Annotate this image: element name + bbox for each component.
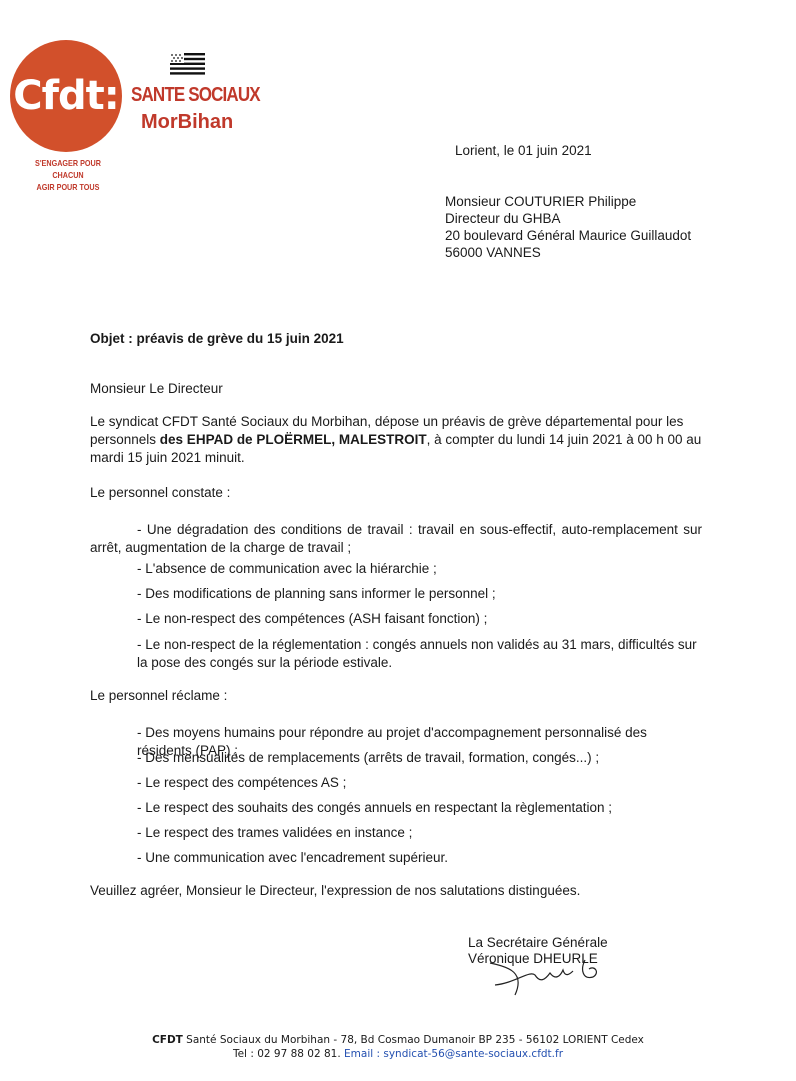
constate-item: - Des modifications de planning sans inf… — [137, 585, 703, 603]
dateline: Lorient, le 01 juin 2021 — [455, 143, 592, 158]
footer-org: CFDT — [152, 1034, 183, 1046]
intro-bold: des EHPAD de PLOËRMEL, MALESTROIT — [160, 432, 427, 447]
subject-line: Objet : préavis de grève du 15 juin 2021 — [90, 331, 344, 346]
constate-item: - L'absence de communication avec la hié… — [137, 560, 703, 578]
reclame-item: - Une communication avec l'encadrement s… — [137, 849, 703, 867]
org-name-line2: MorBihan — [141, 111, 233, 134]
signature-title: La Secrétaire Générale — [468, 935, 608, 951]
reclame-label: Le personnel réclame : — [90, 688, 227, 703]
logo-text: Cfdt: — [13, 73, 119, 119]
constate-item: - Le non-respect de la réglementation : … — [137, 636, 703, 672]
slogan: S'ENGAGER POUR CHACUN AGIR POUR TOUS — [27, 157, 109, 193]
footer-address: CFDT Santé Sociaux du Morbihan - 78, Bd … — [0, 1034, 796, 1046]
recipient-name: Monsieur COUTURIER Philippe — [445, 193, 691, 210]
slogan-line1: S'ENGAGER POUR CHACUN — [27, 157, 109, 181]
brittany-flag-icon — [170, 53, 205, 75]
recipient-title: Directeur du GHBA — [445, 210, 691, 227]
footer-tel: Tel : 02 97 88 02 81. — [233, 1048, 344, 1060]
constate-item: - Une dégradation des conditions de trav… — [90, 521, 702, 557]
recipient-city: 56000 VANNES — [445, 244, 691, 261]
handwritten-signature-icon — [485, 955, 615, 1000]
footer-email[interactable]: Email : syndicat-56@sante-sociaux.cfdt.f… — [344, 1048, 563, 1060]
closing-formula: Veuillez agréer, Monsieur le Directeur, … — [90, 883, 580, 898]
reclame-item: - Le respect des souhaits des congés ann… — [137, 799, 703, 817]
reclame-item: - Le respect des compétences AS ; — [137, 774, 703, 792]
cfdt-logo: Cfdt: — [10, 40, 122, 152]
recipient-address: Monsieur COUTURIER Philippe Directeur du… — [445, 193, 691, 261]
salutation: Monsieur Le Directeur — [90, 381, 223, 396]
intro-paragraph: Le syndicat CFDT Santé Sociaux du Morbih… — [90, 413, 702, 467]
footer-contact: Tel : 02 97 88 02 81. Email : syndicat-5… — [0, 1048, 796, 1060]
org-name-line1: SANTE SOCIAUX — [131, 84, 260, 107]
constate-label: Le personnel constate : — [90, 485, 230, 500]
reclame-item: - Le respect des trames validées en inst… — [137, 824, 703, 842]
footer-address-text: Santé Sociaux du Morbihan - 78, Bd Cosma… — [183, 1034, 644, 1046]
slogan-line2: AGIR POUR TOUS — [27, 181, 109, 193]
reclame-item: - Des mensualités de remplacements (arrê… — [137, 749, 703, 767]
constate-item: - Le non-respect des compétences (ASH fa… — [137, 610, 703, 628]
recipient-street: 20 boulevard Général Maurice Guillaudot — [445, 227, 691, 244]
